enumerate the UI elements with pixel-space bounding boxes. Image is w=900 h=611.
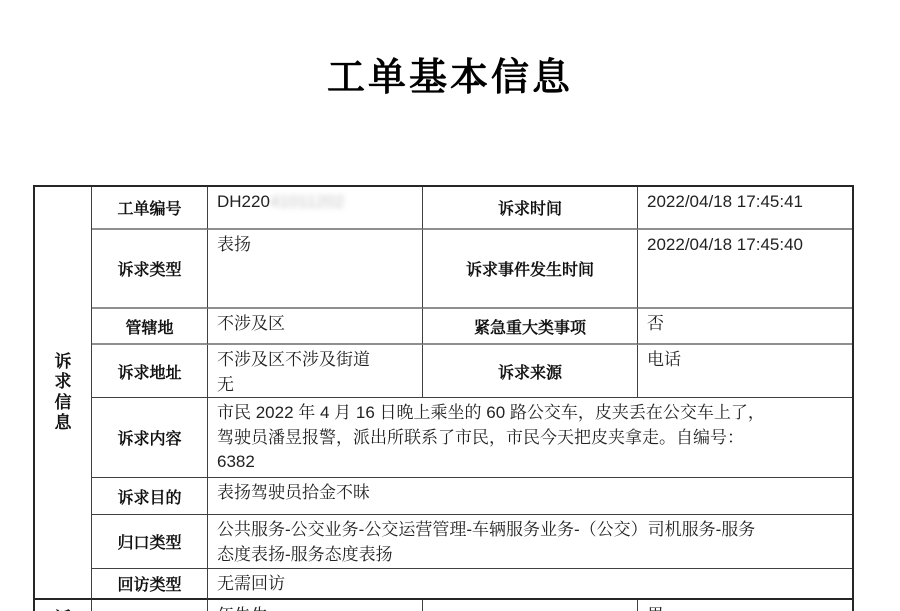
order-number-redacted: 41011202	[270, 190, 344, 215]
label-appeal-purpose: 诉求目的	[92, 478, 208, 515]
label-urgent-major: 紧急重大类事项	[423, 309, 638, 345]
value-urgent-major: 否	[638, 309, 852, 345]
label-jurisdiction: 管辖地	[92, 309, 208, 345]
partial-empty-label2-cell	[423, 600, 638, 611]
document-page: 工单基本信息 诉求信息 工单编号 DH22041011202 诉求时间 2022…	[0, 0, 900, 611]
label-category-type: 归口类型	[92, 515, 208, 569]
value-order-number: DH22041011202	[208, 187, 423, 230]
partial-empty-label-cell	[92, 600, 208, 611]
section-label-vertical: 诉求信息	[53, 352, 73, 432]
value-category-type: 公共服务-公交业务-公交运营管理-车辆服务业务-（公交）司机服务-服务 态度表扬…	[208, 515, 852, 569]
label-appeal-type: 诉求类型	[92, 230, 208, 309]
label-order-number: 工单编号	[92, 187, 208, 230]
label-appeal-content: 诉求内容	[92, 398, 208, 478]
value-appeal-content: 市民 2022 年 4 月 16 日晚上乘坐的 60 路公交车，皮夹丢在公交车上…	[208, 398, 852, 478]
section-cell-appeal-info: 诉求信息	[35, 187, 92, 600]
label-appeal-time: 诉求时间	[423, 187, 638, 230]
partial-next-section-label: 诉	[35, 600, 92, 611]
value-appeal-time: 2022/04/18 17:45:41	[638, 187, 852, 230]
page-title: 工单基本信息	[0, 46, 900, 101]
value-appeal-purpose: 表扬驾驶员拾金不昧	[208, 478, 852, 515]
work-order-table: 诉求信息 工单编号 DH22041011202 诉求时间 2022/04/18 …	[33, 185, 854, 611]
order-number-prefix: DH220	[217, 192, 270, 211]
partial-value-name: 伍先生	[208, 600, 423, 611]
value-jurisdiction: 不涉及区	[208, 309, 423, 345]
value-event-time: 2022/04/18 17:45:40	[638, 230, 852, 309]
label-revisit-type: 回访类型	[92, 569, 208, 600]
value-appeal-address: 不涉及区不涉及街道 无	[208, 345, 423, 398]
label-event-time: 诉求事件发生时间	[423, 230, 638, 309]
label-appeal-source: 诉求来源	[423, 345, 638, 398]
value-revisit-type: 无需回访	[208, 569, 852, 600]
value-appeal-type: 表扬	[208, 230, 423, 309]
label-appeal-address: 诉求地址	[92, 345, 208, 398]
value-appeal-source: 电话	[638, 345, 852, 398]
partial-value-gender: 男	[638, 600, 852, 611]
